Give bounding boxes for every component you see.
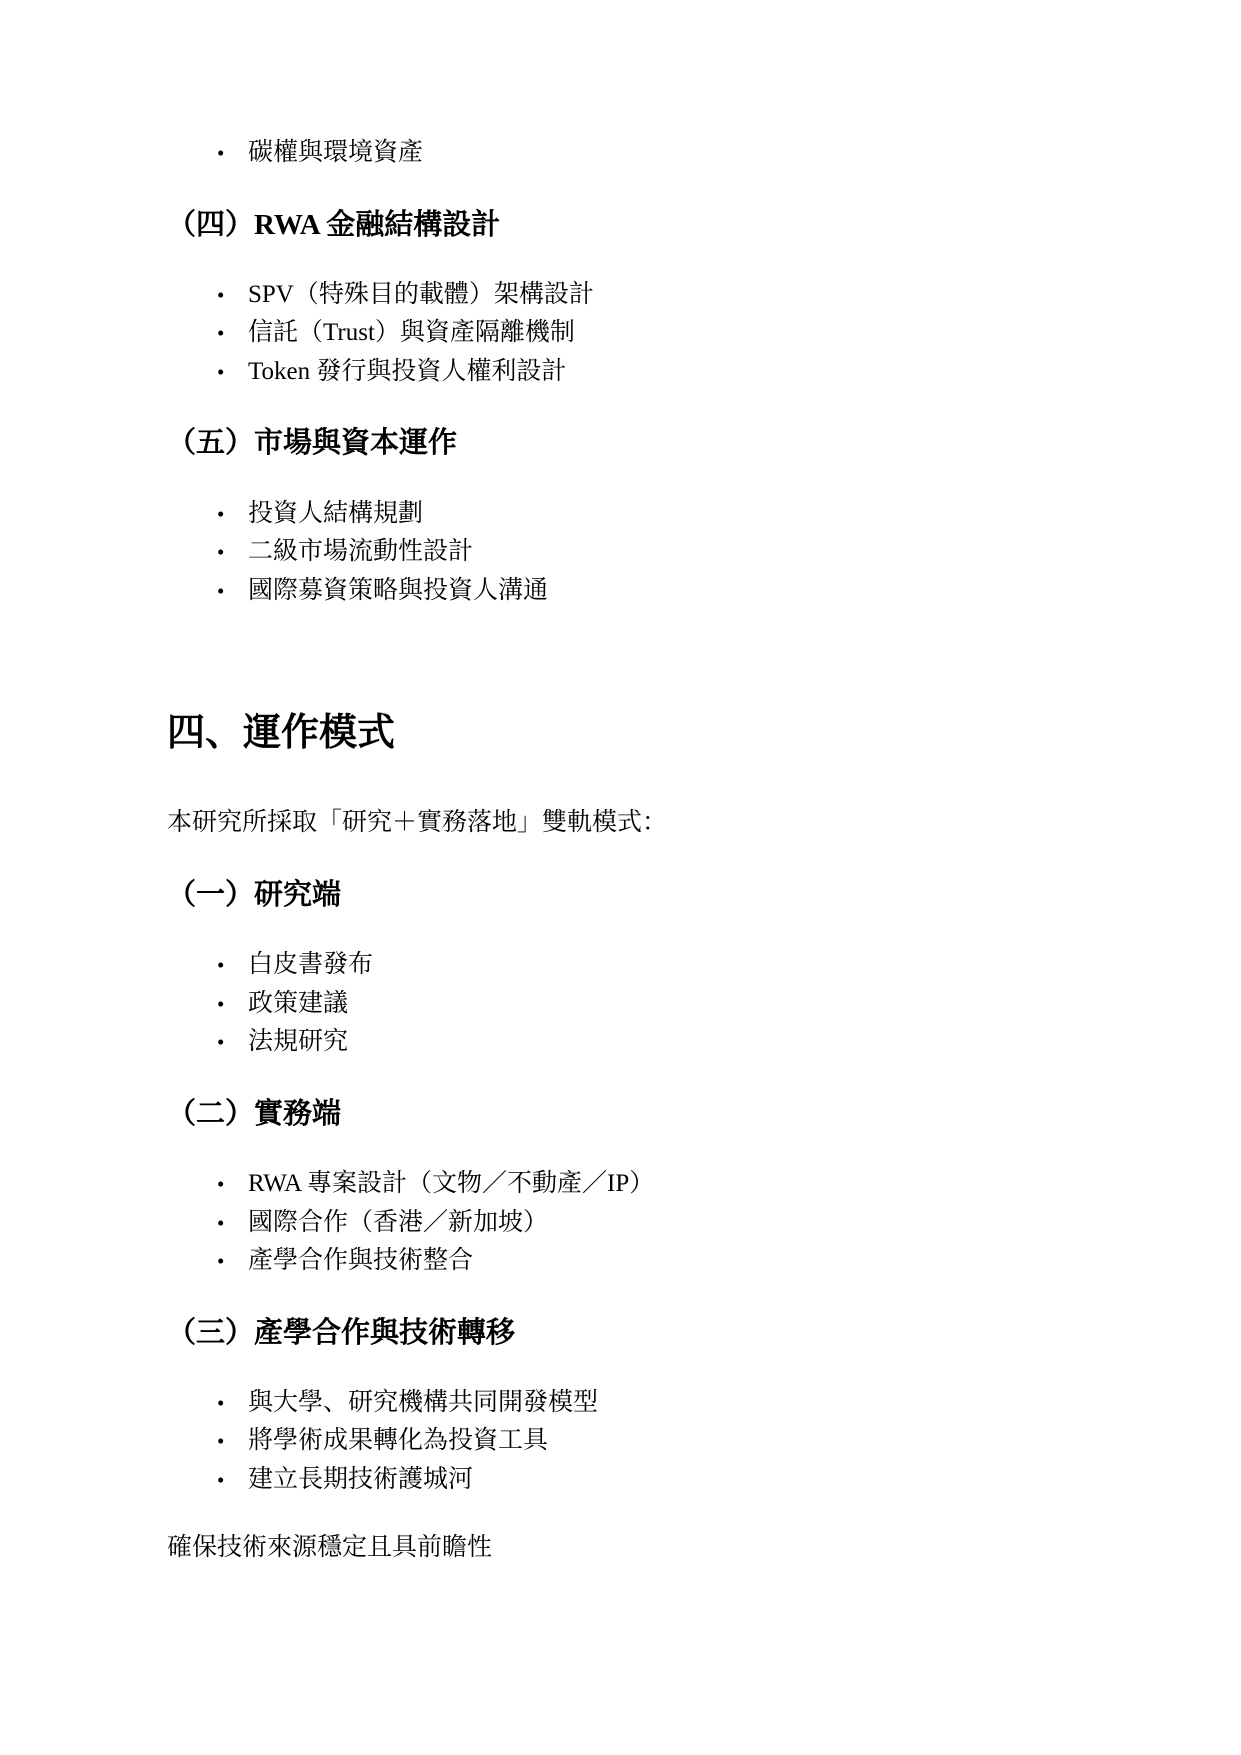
- practice-side-list: • RWA 專案設計（文物／不動產／IP） • 國際合作（香港／新加坡） • 產…: [167, 1165, 1081, 1281]
- bullet-icon: •: [217, 1423, 248, 1461]
- bullet-icon: •: [217, 1243, 248, 1281]
- industry-academia-transfer-list: • 與大學、研究機構共同開發模型 • 將學術成果轉化為投資工具 • 建立長期技術…: [167, 1384, 1081, 1500]
- list-item-text: 政策建議: [248, 985, 348, 1023]
- list-item: • 信託（Trust）與資產隔離機制: [167, 314, 1081, 353]
- list-item-text: 產學合作與技術整合: [248, 1242, 473, 1280]
- section-heading-rwa-finance-structure: （四）RWA 金融結構設計: [167, 207, 1081, 243]
- bullet-icon: •: [217, 354, 248, 392]
- list-item: • 投資人結構規劃: [167, 495, 1081, 534]
- section-heading-practice-side: （二）實務端: [167, 1096, 1081, 1132]
- bullet-icon: •: [217, 135, 248, 173]
- list-item: • 與大學、研究機構共同開發模型: [167, 1384, 1081, 1423]
- list-item: • 將學術成果轉化為投資工具: [167, 1422, 1081, 1461]
- chapter-heading-operation-model: 四、運作模式: [167, 710, 1081, 758]
- list-item-text: 信託（Trust）與資產隔離機制: [248, 314, 575, 352]
- list-item: • Token 發行與投資人權利設計: [167, 353, 1081, 392]
- bullet-icon: •: [217, 986, 248, 1024]
- bullet-icon: •: [217, 573, 248, 611]
- list-item-text: 投資人結構規劃: [248, 495, 423, 533]
- list-item-text: 將學術成果轉化為投資工具: [248, 1422, 548, 1460]
- list-item-text: 碳權與環境資產: [248, 134, 423, 172]
- list-item-text: 國際募資策略與投資人溝通: [248, 572, 548, 610]
- list-item: • 碳權與環境資產: [167, 134, 1081, 173]
- list-item: • 法規研究: [167, 1023, 1081, 1062]
- list-item-text: 法規研究: [248, 1023, 348, 1061]
- asset-types-list: • 碳權與環境資產: [167, 134, 1081, 173]
- rwa-finance-structure-list: • SPV（特殊目的載體）架構設計 • 信託（Trust）與資產隔離機制 • T…: [167, 276, 1081, 392]
- document-page: • 碳權與環境資產 （四）RWA 金融結構設計 • SPV（特殊目的載體）架構設…: [0, 0, 1241, 1755]
- market-capital-list: • 投資人結構規劃 • 二級市場流動性設計 • 國際募資策略與投資人溝通: [167, 495, 1081, 611]
- bullet-icon: •: [217, 315, 248, 353]
- list-item-text: Token 發行與投資人權利設計: [248, 353, 566, 391]
- section-heading-market-capital: （五）市場與資本運作: [167, 425, 1081, 461]
- bullet-icon: •: [217, 1205, 248, 1243]
- list-item: • 白皮書發布: [167, 946, 1081, 985]
- bullet-icon: •: [217, 1166, 248, 1204]
- chapter-intro-paragraph: 本研究所採取「研究＋實務落地」雙軌模式：: [167, 804, 1081, 842]
- bullet-icon: •: [217, 534, 248, 572]
- list-item: • 產學合作與技術整合: [167, 1242, 1081, 1281]
- list-item-text: 國際合作（香港／新加坡）: [248, 1204, 548, 1242]
- list-item: • 二級市場流動性設計: [167, 533, 1081, 572]
- list-item: • SPV（特殊目的載體）架構設計: [167, 276, 1081, 315]
- bullet-icon: •: [217, 496, 248, 534]
- list-item: • 國際募資策略與投資人溝通: [167, 572, 1081, 611]
- list-item-text: RWA 專案設計（文物／不動產／IP）: [248, 1165, 654, 1203]
- closing-paragraph: 確保技術來源穩定且具前瞻性: [167, 1529, 1081, 1567]
- list-item: • 建立長期技術護城河: [167, 1461, 1081, 1500]
- section-heading-research-side: （一）研究端: [167, 877, 1081, 913]
- list-item-text: 白皮書發布: [248, 946, 373, 984]
- section-heading-industry-academia-transfer: （三）產學合作與技術轉移: [167, 1315, 1081, 1351]
- list-item: • 國際合作（香港／新加坡）: [167, 1204, 1081, 1243]
- research-side-list: • 白皮書發布 • 政策建議 • 法規研究: [167, 946, 1081, 1062]
- list-item-text: 二級市場流動性設計: [248, 533, 473, 571]
- list-item: • 政策建議: [167, 985, 1081, 1024]
- bullet-icon: •: [217, 1385, 248, 1423]
- list-item: • RWA 專案設計（文物／不動產／IP）: [167, 1165, 1081, 1204]
- bullet-icon: •: [217, 277, 248, 315]
- bullet-icon: •: [217, 947, 248, 985]
- bullet-icon: •: [217, 1024, 248, 1062]
- list-item-text: 與大學、研究機構共同開發模型: [248, 1384, 598, 1422]
- bullet-icon: •: [217, 1462, 248, 1500]
- list-item-text: SPV（特殊目的載體）架構設計: [248, 276, 594, 314]
- list-item-text: 建立長期技術護城河: [248, 1461, 473, 1499]
